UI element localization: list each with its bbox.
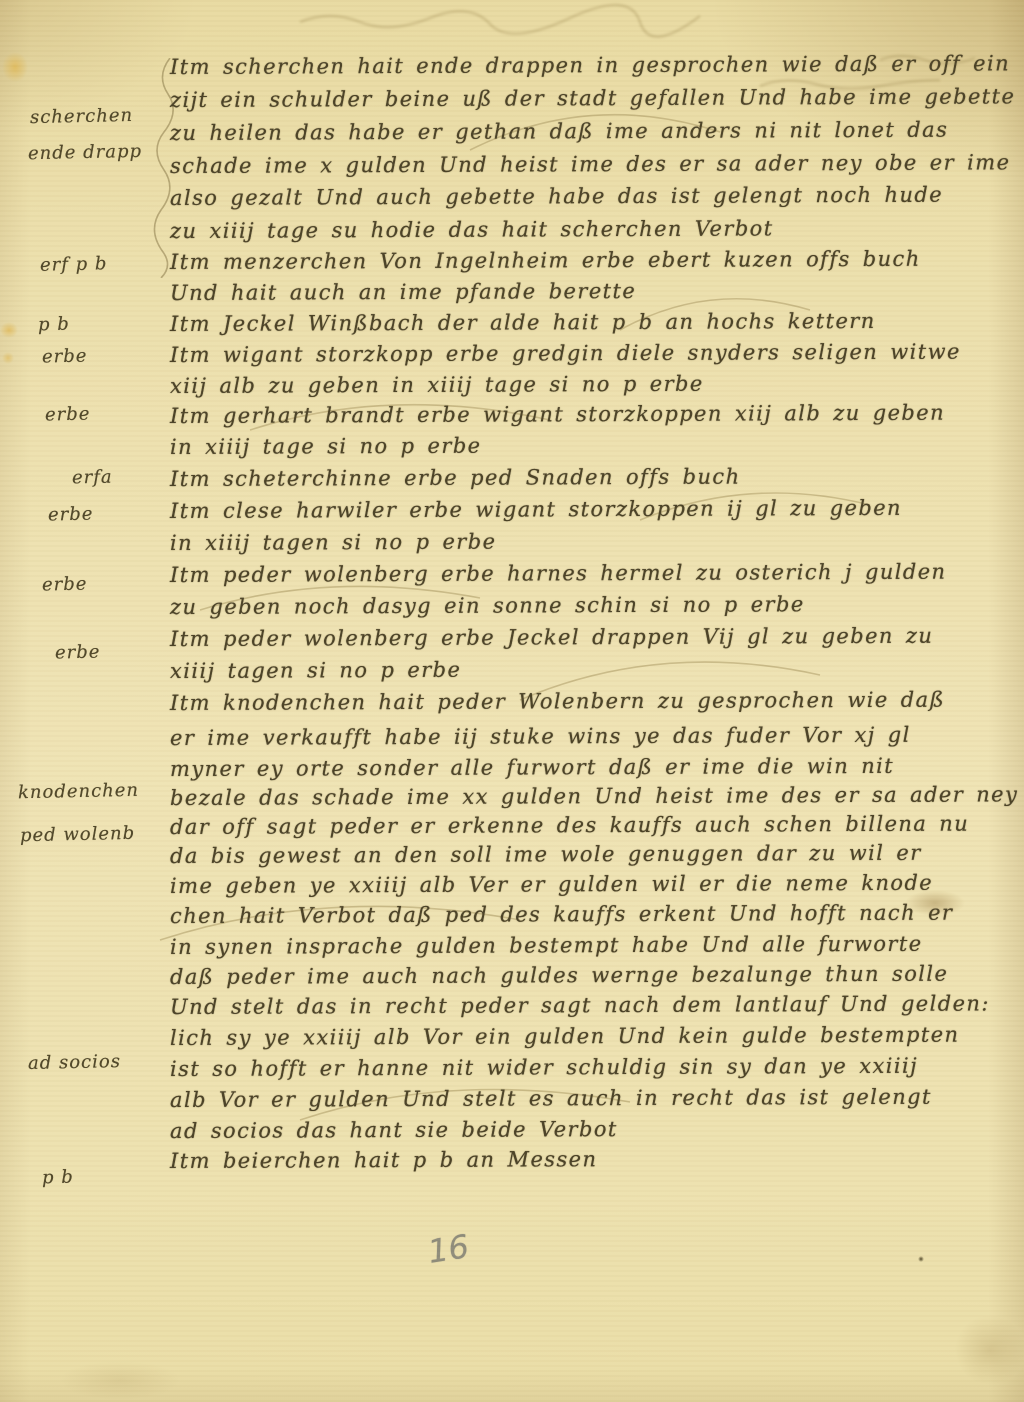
manuscript-line: zu heilen das habe er gethan daß ime and… bbox=[170, 120, 948, 144]
manuscript-line: Itm peder wolenberg erbe harnes hermel z… bbox=[170, 562, 947, 586]
manuscript-line: Itm menzerchen Von Ingelnheim erbe ebert… bbox=[170, 249, 921, 273]
manuscript-line: lich sy ye xxiiij alb Vor ein gulden Und… bbox=[170, 1025, 960, 1049]
margin-note: erf p b bbox=[40, 255, 108, 274]
manuscript-line: Itm peder wolenberg erbe Jeckel drappen … bbox=[170, 626, 933, 650]
manuscript-line: in xiiij tage si no p erbe bbox=[170, 436, 482, 458]
manuscript-line: Itm scheterchinne erbe ped Snaden offs b… bbox=[170, 467, 741, 490]
margin-note: p b bbox=[38, 316, 70, 335]
margin-note: erbe bbox=[42, 348, 88, 367]
margin-note: erfa bbox=[72, 469, 113, 488]
manuscript-line: Itm beierchen hait p b an Messen bbox=[170, 1149, 597, 1172]
margin-note: p b bbox=[42, 1169, 74, 1188]
margin-note: ped wolenb bbox=[20, 825, 136, 845]
stain bbox=[60, 1360, 180, 1400]
margin-note: erbe bbox=[42, 576, 88, 595]
manuscript-line: da bis gewest an den soll ime wole genug… bbox=[170, 843, 922, 867]
manuscript-line: ist so hofft er hanne nit wider schuldig… bbox=[170, 1056, 918, 1080]
manuscript-line: zu geben noch dasyg ein sonne schin si n… bbox=[170, 594, 805, 618]
manuscript-line: in synen insprache gulden bestempt habe … bbox=[170, 934, 923, 958]
manuscript-line: alb Vor er gulden Und stelt es auch in r… bbox=[170, 1087, 932, 1111]
manuscript-line: Itm Jeckel Winßbach der alde hait p b an… bbox=[170, 311, 876, 335]
manuscript-line: xiiij tagen si no p erbe bbox=[170, 660, 461, 682]
manuscript-line: zijt ein schulder beine uß der stadt gef… bbox=[170, 86, 1015, 111]
manuscript-line: chen hait Verbot daß ped des kauffs erke… bbox=[170, 903, 953, 927]
manuscript-line: Itm clese harwiler erbe wigant storzkopp… bbox=[170, 498, 902, 522]
manuscript-line: in xiiij tagen si no p erbe bbox=[170, 532, 496, 554]
manuscript-line: Und stelt das in recht peder sagt nach d… bbox=[170, 993, 990, 1018]
margin-note: scherchen bbox=[30, 107, 133, 127]
manuscript-line: also gezalt Und auch gebette habe das is… bbox=[170, 185, 943, 209]
margin-note: knodenchen bbox=[18, 782, 139, 803]
manuscript-line: Itm scherchen hait ende drappen in gespr… bbox=[170, 53, 1010, 78]
manuscript-line: daß peder ime auch nach guldes wernge be… bbox=[170, 964, 948, 988]
manuscript-line: ad socios das hant sie beide Verbot bbox=[170, 1119, 618, 1142]
manuscript-line: bezale das schade ime xx gulden Und heis… bbox=[170, 784, 1018, 809]
manuscript-line: Itm knodenchen hait peder Wolenbern zu g… bbox=[170, 690, 945, 714]
manuscript-line: myner ey orte sonder alle furwort daß er… bbox=[170, 756, 894, 780]
margin-note: erbe bbox=[55, 644, 101, 663]
manuscript-line: Itm wigant storzkopp erbe gredgin diele … bbox=[170, 342, 961, 366]
stain bbox=[2, 52, 28, 82]
manuscript-line: dar off sagt peder er erkenne des kauffs… bbox=[170, 814, 969, 838]
margin-note: ende drapp bbox=[28, 143, 142, 163]
margin-note: ad socios bbox=[28, 1053, 121, 1073]
stain bbox=[0, 322, 18, 338]
stain bbox=[955, 1315, 1024, 1385]
margin-note: erbe bbox=[48, 506, 94, 525]
ink-speck bbox=[918, 1256, 924, 1262]
page-number: 16 bbox=[425, 1227, 471, 1271]
stain bbox=[2, 352, 14, 364]
manuscript-line: zu xiiij tage su hodie das hait scherche… bbox=[170, 218, 774, 242]
manuscript-line: er ime verkaufft habe iij stuke wins ye … bbox=[170, 725, 911, 749]
manuscript-line: Und hait auch an ime pfande berette bbox=[170, 281, 636, 304]
manuscript-line: schade ime x gulden Und heist ime des er… bbox=[170, 152, 1010, 177]
manuscript-line: xiij alb zu geben in xiiij tage si no p … bbox=[170, 374, 704, 397]
manuscript-line: Itm gerhart brandt erbe wigant storzkopp… bbox=[170, 403, 945, 427]
manuscript-page: scherchenende drapperf p bp berbeerbeerf… bbox=[0, 0, 1024, 1402]
margin-note: erbe bbox=[45, 406, 91, 425]
manuscript-line: ime geben ye xxiiij alb Ver er gulden wi… bbox=[170, 873, 933, 897]
